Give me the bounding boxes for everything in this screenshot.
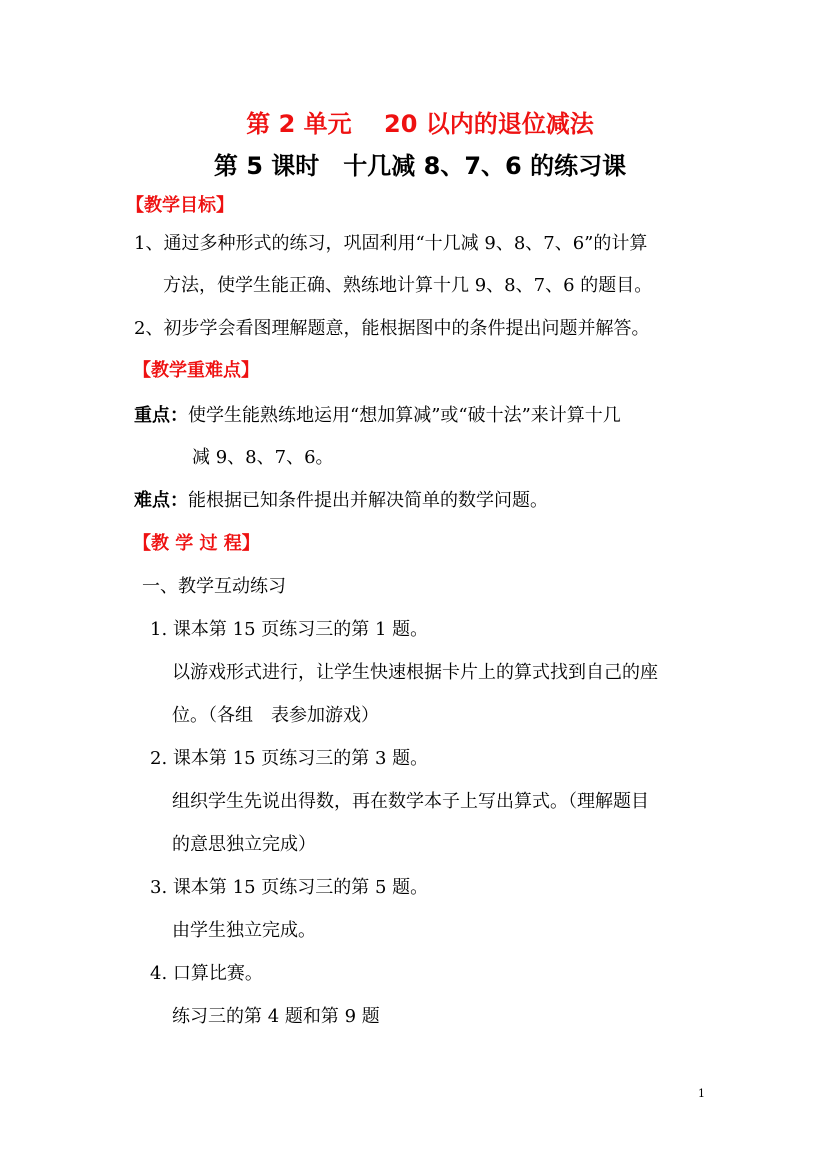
focus-text-continued: 减 9、8、7、6。	[192, 444, 334, 472]
focus-text: 使学生能熟练地运用“想加算减”或“破十法”来计算十几	[188, 405, 621, 426]
page-number: 1	[698, 1087, 705, 1100]
process-part-1: 一、教学互动练习	[142, 573, 286, 601]
process-heading: 【教 学 过 程】	[133, 530, 260, 558]
step-1-line-1: 以游戏形式进行，让学生快速根据卡片上的算式找到自己的座	[172, 659, 658, 687]
lesson-title: 第 5 课时 十几减 8、7、6 的练习课	[0, 148, 827, 184]
objective-line-2: 方法，使学生能正确、熟练地计算十几 9、8、7、6 的题目。	[163, 272, 652, 300]
step-2-line-2: 的意思独立完成）	[172, 831, 316, 859]
step-2-title: 2. 课本第 15 页练习三的第 3 题。	[150, 745, 428, 773]
step-1-title: 1. 课本第 15 页练习三的第 1 题。	[150, 616, 428, 644]
step-2-line-1: 组织学生先说出得数，再在数学本子上写出算式。（理解题目	[172, 788, 649, 816]
key-points-heading: 【教学重难点】	[133, 357, 259, 385]
objective-line-1: 1、通过多种形式的练习，巩固利用“十几减 9、8、7、6”的计算	[134, 230, 647, 258]
step-4-line-1: 练习三的第 4 题和第 9 题	[172, 1003, 380, 1031]
difficulty-text: 能根据已知条件提出并解决简单的数学问题。	[188, 490, 548, 511]
step-4-title: 4. 口算比赛。	[150, 960, 263, 988]
focus-row: 重点：使学生能熟练地运用“想加算减”或“破十法”来计算十几	[134, 402, 621, 430]
step-3-title: 3. 课本第 15 页练习三的第 5 题。	[150, 874, 428, 902]
difficulty-label: 难点：	[134, 490, 188, 511]
objectives-heading: 【教学目标】	[126, 192, 234, 220]
difficulty-row: 难点：能根据已知条件提出并解决简单的数学问题。	[134, 487, 548, 515]
objective-line-3: 2、初步学会看图理解题意，能根据图中的条件提出问题并解答。	[134, 315, 649, 343]
step-3-line-1: 由学生独立完成。	[172, 917, 316, 945]
focus-label: 重点：	[134, 405, 188, 426]
step-1-line-2: 位。（各组 表参加游戏）	[172, 702, 379, 730]
unit-title: 第 2 单元 20 以内的退位减法	[0, 106, 827, 142]
